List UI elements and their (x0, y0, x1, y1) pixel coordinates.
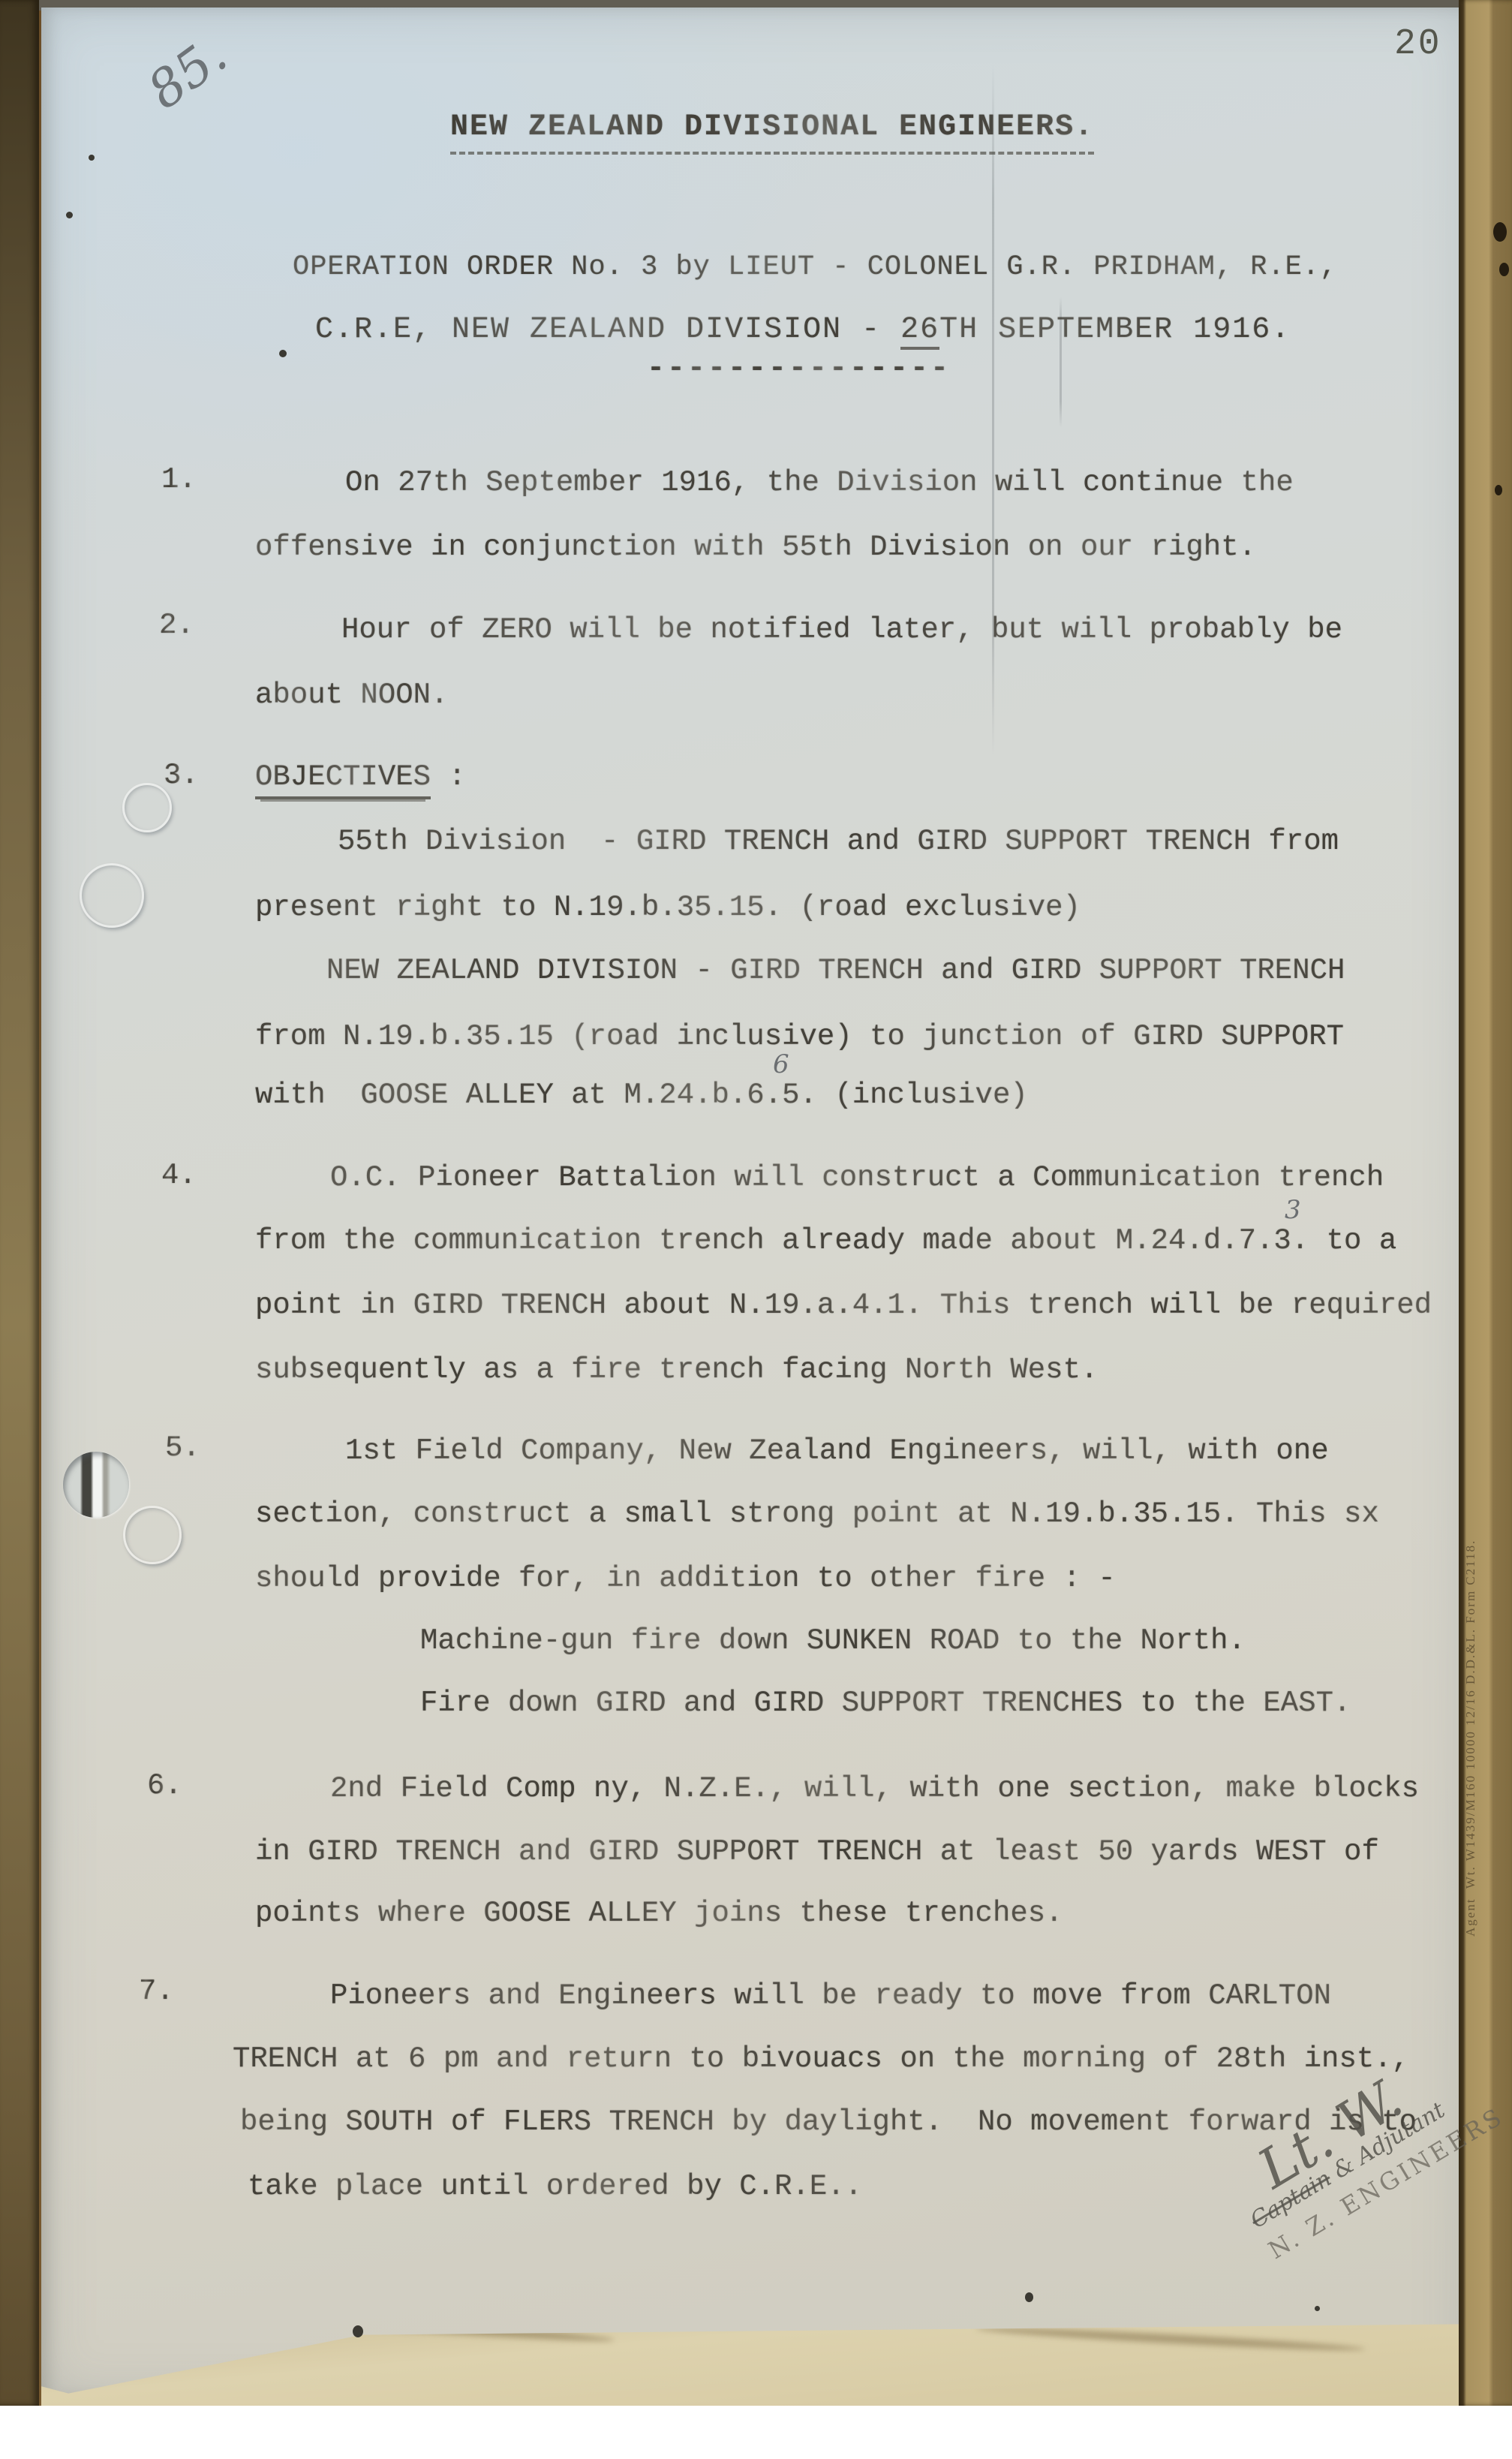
edge-blemish (1493, 222, 1507, 242)
typed-line: NEW ZEALAND DIVISION - GIRD TRENCH and G… (326, 955, 1345, 987)
paragraph-number: 2. (159, 609, 194, 642)
typed-line: about NOON. (255, 679, 448, 712)
typed-line: in GIRD TRENCH and GIRD SUPPORT TRENCH a… (255, 1836, 1379, 1868)
paragraph-number: 5. (165, 1432, 200, 1464)
punch-hole (63, 1452, 129, 1518)
typed-line: 2nd Field Comp ny, N.Z.E., will, with on… (330, 1773, 1419, 1805)
typed-line: with GOOSE ALLEY at M.24.b.6.5. (inclusi… (255, 1079, 1028, 1112)
edge-imprint: Agent Wt. W1439/M160 10000 12/16 D.D.&L.… (1463, 1156, 1478, 1937)
embossed-circle (80, 863, 144, 928)
crease-line (992, 64, 994, 754)
typed-line: Pioneers and Engineers will be ready to … (330, 1980, 1331, 2012)
cre-heading-pre: C.R.E, NEW ZEALAND DIVISION - (315, 313, 900, 347)
white-margin-bottom (0, 2406, 1512, 2459)
cre-heading-day: 26 (900, 313, 939, 350)
typed-line: 1st Field Company, New Zealand Engineers… (345, 1435, 1329, 1467)
pencil-annotation: 6 (773, 1049, 789, 1079)
paragraph-number: 7. (139, 1976, 174, 2008)
edge-blemish (1499, 263, 1509, 276)
typed-line: points where GOOSE ALLEY joins these tre… (255, 1898, 1063, 1930)
objectives-heading-colon: : (431, 760, 466, 793)
ink-speck (353, 2325, 363, 2337)
typed-line: offensive in conjunction with 55th Divis… (255, 531, 1256, 564)
objectives-heading: OBJECTIVES : (255, 761, 466, 793)
ink-speck (279, 350, 287, 357)
page-number-stamp: 20 (1394, 24, 1442, 65)
ink-speck (1025, 2292, 1033, 2302)
objectives-heading-word: OBJECTIVES (255, 760, 431, 799)
cre-heading: C.R.E, NEW ZEALAND DIVISION - 26TH SEPTE… (315, 314, 1291, 347)
typed-line: point in GIRD TRENCH about N.19.a.4.1. T… (255, 1290, 1432, 1322)
edge-blemish (1495, 485, 1502, 495)
typed-line: Hour of ZERO will be notified later, but… (341, 614, 1342, 646)
typed-line: being SOUTH of FLERS TRENCH by daylight.… (240, 2106, 1417, 2138)
typed-line: TRENCH at 6 pm and return to bivouacs on… (233, 2043, 1409, 2075)
typed-line: Machine-gun fire down SUNKEN ROAD to the… (420, 1625, 1246, 1657)
typed-line: section, construct a small strong point … (255, 1498, 1379, 1530)
paragraph-number: 4. (161, 1160, 197, 1192)
left-binding-strip (0, 0, 39, 2406)
typed-line: O.C. Pioneer Battalion will construct a … (330, 1162, 1384, 1194)
typed-line: present right to N.19.b.35.15. (road exc… (255, 892, 1081, 924)
order-heading: OPERATION ORDER No. 3 by LIEUT - COLONEL… (293, 252, 1337, 283)
typed-line: On 27th September 1916, the Division wil… (345, 467, 1294, 499)
paragraph-number: 6. (147, 1770, 182, 1802)
typed-line: subsequently as a fire trench facing Nor… (255, 1354, 1098, 1386)
typed-line: from the communication trench already ma… (255, 1225, 1396, 1257)
scanned-document-photo: 85. 20 NEW ZEALAND DIVISIONAL ENGINEERS.… (0, 0, 1512, 2459)
ink-speck (66, 212, 73, 218)
pencil-annotation: 3 (1285, 1195, 1301, 1225)
typed-line: should provide for, in addition to other… (255, 1563, 1116, 1595)
embossed-circle (123, 1506, 182, 1564)
document-title: NEW ZEALAND DIVISIONAL ENGINEERS. (450, 111, 1094, 155)
ink-speck (89, 155, 95, 161)
paragraph-number: 1. (161, 464, 197, 496)
typed-line: from N.19.b.35.15 (road inclusive) to ju… (255, 1021, 1344, 1053)
cre-heading-post: TH SEPTEMBER 1916. (939, 313, 1291, 347)
desk-wood: 85. 20 NEW ZEALAND DIVISIONAL ENGINEERS.… (0, 0, 1512, 2406)
typed-line: Fire down GIRD and GIRD SUPPORT TRENCHES… (420, 1687, 1351, 1720)
heading-rule: --------------- (647, 353, 951, 386)
typed-line: 55th Division - GIRD TRENCH and GIRD SUP… (338, 826, 1339, 858)
ink-speck (1315, 2306, 1320, 2311)
paragraph-number: 3. (164, 760, 199, 792)
typed-line: take place until ordered by C.R.E.. (248, 2171, 862, 2203)
